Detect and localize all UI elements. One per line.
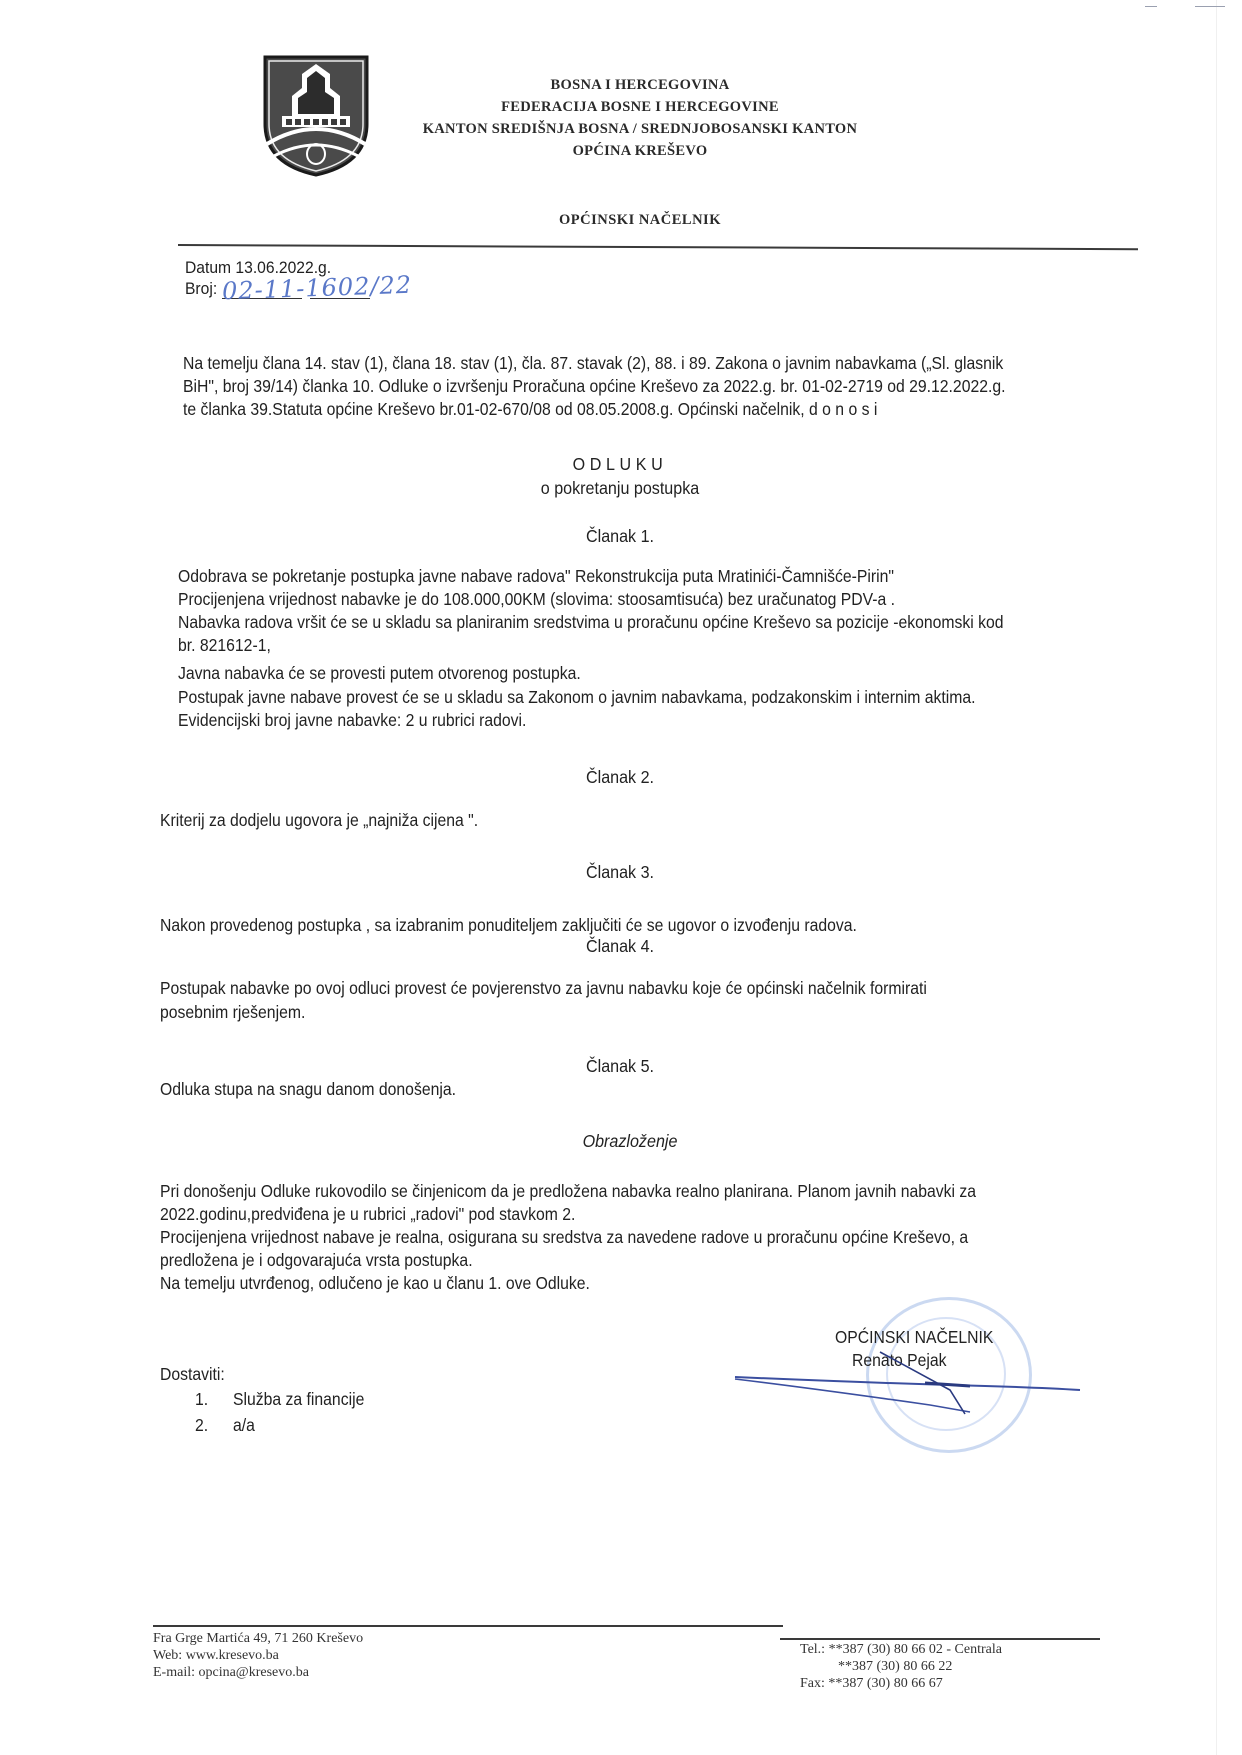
footer-web-link[interactable]: Web: www.kresevo.ba xyxy=(153,1647,363,1664)
article-4-line: Postupak nabavke po ovoj odluci provest … xyxy=(160,977,927,1000)
signature-scribble xyxy=(730,1330,1090,1440)
header-line: BOSNA I HERCEGOVINA xyxy=(360,74,920,96)
number-label: Broj: xyxy=(185,279,217,298)
institution-header: BOSNA I HERCEGOVINA FEDERACIJA BOSNE I H… xyxy=(360,74,920,162)
header-divider xyxy=(178,244,1138,250)
footer-fax: Fax: **387 (30) 80 66 67 xyxy=(800,1675,1002,1692)
preamble-line: Na temelju člana 14. stav (1), člana 18.… xyxy=(183,352,1003,375)
distribution-item: a/a xyxy=(233,1414,255,1437)
article-1-line: br. 821612-1, xyxy=(178,634,271,657)
reasoning-heading: Obrazloženje xyxy=(547,1131,713,1152)
distribution-item-number: 1. xyxy=(195,1388,208,1411)
article-1-line: Odobrava se pokretanje postupka javne na… xyxy=(178,565,894,588)
decision-subtitle: o pokretanju postupka xyxy=(510,478,731,499)
distribution-item-number: 2. xyxy=(195,1414,208,1437)
footer-phone-main: Tel.: **387 (30) 80 66 02 - Centrala xyxy=(800,1641,1002,1658)
article-1-line: Postupak javne nabave provest će se u sk… xyxy=(178,686,976,709)
preamble-line: BiH", broj 39/14) članka 10. Odluke o iz… xyxy=(183,375,1005,398)
article-heading: Članak 2. xyxy=(565,767,675,788)
scan-mark xyxy=(1195,6,1225,7)
footer-contact-right: Tel.: **387 (30) 80 66 02 - Centrala **3… xyxy=(800,1641,1002,1692)
article-1-line: Procijenjena vrijednost nabavke je do 10… xyxy=(178,588,895,611)
distribution-label: Dostaviti: xyxy=(160,1363,225,1386)
article-1-line: Evidencijski broj javne nabavke: 2 u rub… xyxy=(178,709,526,732)
article-1-line: Nabavka radova vršit će se u skladu sa p… xyxy=(178,611,1004,634)
article-heading: Članak 4. xyxy=(565,936,675,957)
article-3-line: Nakon provedenog postupka , sa izabranim… xyxy=(160,914,857,937)
header-line: KANTON SREDIŠNJA BOSNA / SREDNJOBOSANSKI… xyxy=(360,118,920,140)
scan-mark xyxy=(1145,6,1157,7)
preamble-line: te članka 39.Statuta općine Kreševo br.0… xyxy=(183,398,877,421)
footer-divider xyxy=(780,1638,1100,1640)
article-2-line: Kriterij za dodjelu ugovora je „najniža … xyxy=(160,809,478,832)
article-heading: Članak 5. xyxy=(565,1056,675,1077)
article-heading: Članak 1. xyxy=(565,526,675,547)
footer-address: Fra Grge Martića 49, 71 260 Kreševo xyxy=(153,1630,363,1647)
article-heading: Članak 3. xyxy=(565,862,675,883)
article-1-line: Javna nabavka će se provesti putem otvor… xyxy=(178,662,581,685)
decision-title: ODLUKU xyxy=(528,454,712,475)
article-5-line: Odluka stupa na snagu danom donošenja. xyxy=(160,1078,456,1101)
footer-divider xyxy=(153,1625,783,1627)
date-label: Datum xyxy=(185,258,231,277)
footer-phone-secondary: **387 (30) 80 66 22 xyxy=(800,1658,1002,1675)
reasoning-line: Procijenjena vrijednost nabave je realna… xyxy=(160,1226,968,1249)
header-line: OPĆINA KREŠEVO xyxy=(360,140,920,162)
coat-of-arms-icon xyxy=(262,54,370,178)
distribution-item: Služba za financije xyxy=(233,1388,364,1411)
header-line: FEDERACIJA BOSNE I HERCEGOVINE xyxy=(360,96,920,118)
reasoning-line: 2022.godinu,predviđena je u rubrici „rad… xyxy=(160,1203,575,1226)
reasoning-line: Pri donošenju Odluke rukovodilo se činje… xyxy=(160,1180,976,1203)
reasoning-line: predložena je i odgovarajuća vrsta postu… xyxy=(160,1249,473,1272)
footer-email-link[interactable]: E-mail: opcina@kresevo.ba xyxy=(153,1664,363,1681)
office-title: OPĆINSKI NAČELNIK xyxy=(360,212,920,229)
reasoning-line: Na temelju utvrđenog, odlučeno je kao u … xyxy=(160,1272,590,1295)
scan-edge xyxy=(1216,0,1217,1755)
handwritten-number: 02-11-1602/22 xyxy=(222,271,413,306)
footer-contact-left: Fra Grge Martića 49, 71 260 Kreševo Web:… xyxy=(153,1630,363,1681)
article-4-line: posebnim rješenjem. xyxy=(160,1001,305,1024)
